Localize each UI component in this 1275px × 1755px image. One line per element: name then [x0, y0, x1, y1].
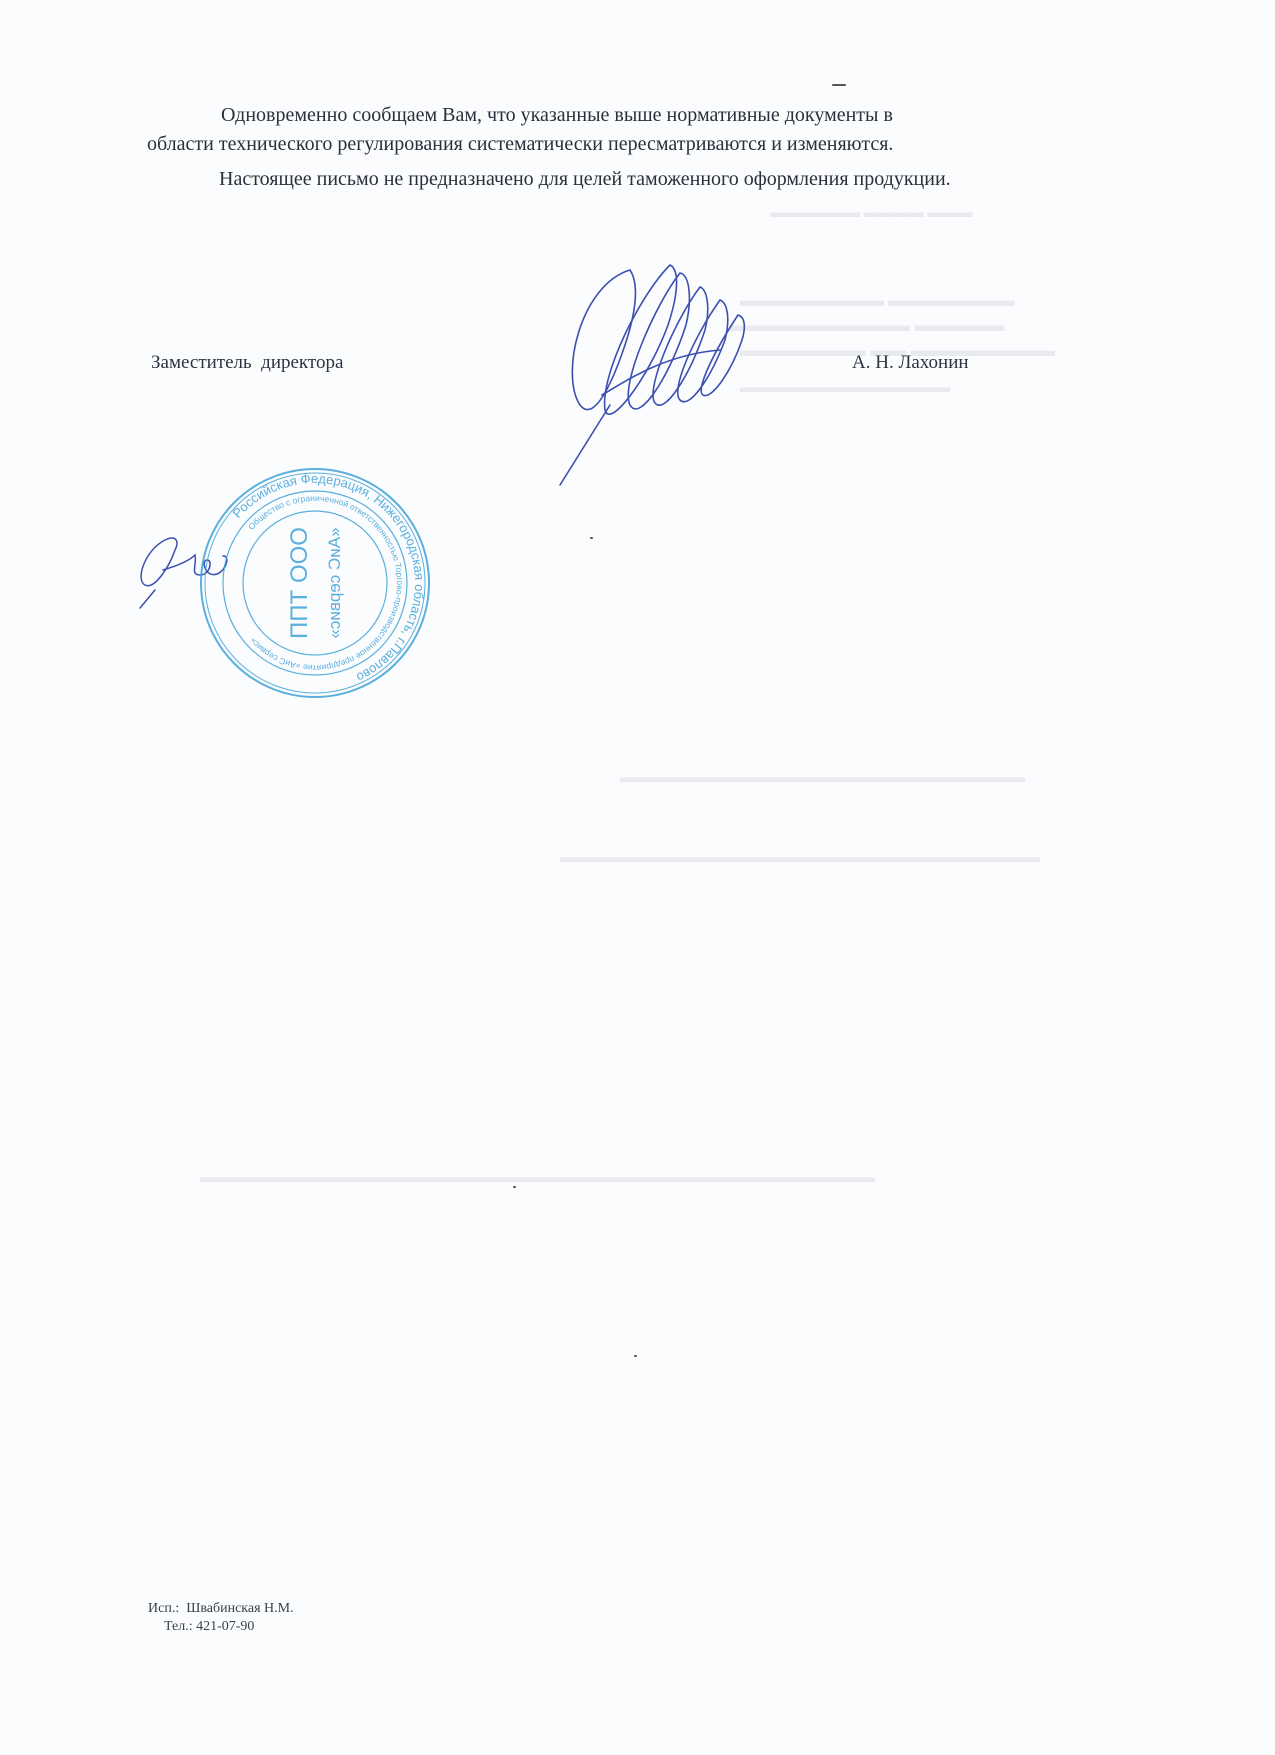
document-page: ▬▬▬ ▬▬▬▬ ▬▬▬▬▬▬ ▬▬▬▬▬▬▬ ▬▬▬▬▬▬▬▬ ▬▬▬▬▬ ▬… — [0, 0, 1275, 1755]
bleed-through: ▬▬▬▬▬▬▬▬▬▬▬▬▬▬▬▬▬▬▬▬▬▬▬▬▬▬▬▬▬▬▬▬▬▬▬▬▬▬▬▬… — [200, 1170, 875, 1187]
handwritten-signature — [540, 255, 780, 495]
bleed-through: ▬▬▬▬▬▬▬ ▬▬▬▬▬▬▬▬ — [740, 290, 1015, 311]
company-stamp: Российская Федерация, Нижегородская обла… — [195, 463, 435, 703]
signatory-name: А. Н. Лахонин — [852, 352, 969, 374]
paragraph-2: области технического регулирования систе… — [147, 130, 893, 158]
bleed-through: ▬▬▬▬▬▬▬▬▬▬▬▬▬▬▬▬▬▬▬▬▬▬▬▬▬▬▬▬▬▬▬▬ — [560, 850, 1040, 867]
paragraph-1: Одновременно сообщаем Вам, что указанные… — [221, 101, 893, 129]
paragraph-3: Настоящее письмо не предназначено для це… — [219, 165, 951, 193]
signatory-position: Заместитель директора — [151, 352, 343, 374]
stamp-inner-text: Общество с ограниченной ответственностью… — [195, 463, 435, 703]
stamp-center-line2: «АиС сервис» — [325, 527, 344, 638]
scan-speck — [634, 1355, 637, 1357]
stamp-center-line1: ООО ТПП — [286, 527, 313, 639]
scan-speck — [590, 537, 593, 539]
scan-speck — [513, 1186, 516, 1188]
bleed-through: ▬▬▬ ▬▬▬▬ ▬▬▬▬▬▬ — [770, 205, 973, 222]
executor-phone: Тел.: 421-07-90 — [148, 1618, 294, 1636]
bleed-through: ▬▬▬▬▬▬▬▬▬▬▬▬▬▬▬▬▬▬▬▬▬▬▬▬▬▬▬ — [620, 770, 1025, 787]
executor-block: Исп.: Швабинская Н.М. Тел.: 421-07-90 — [148, 1600, 294, 1636]
scan-speck — [832, 84, 846, 86]
svg-text:Общество с ограниченной ответс: Общество с ограниченной ответственностью… — [195, 463, 435, 703]
executor-name: Исп.: Швабинская Н.М. — [148, 1601, 294, 1616]
